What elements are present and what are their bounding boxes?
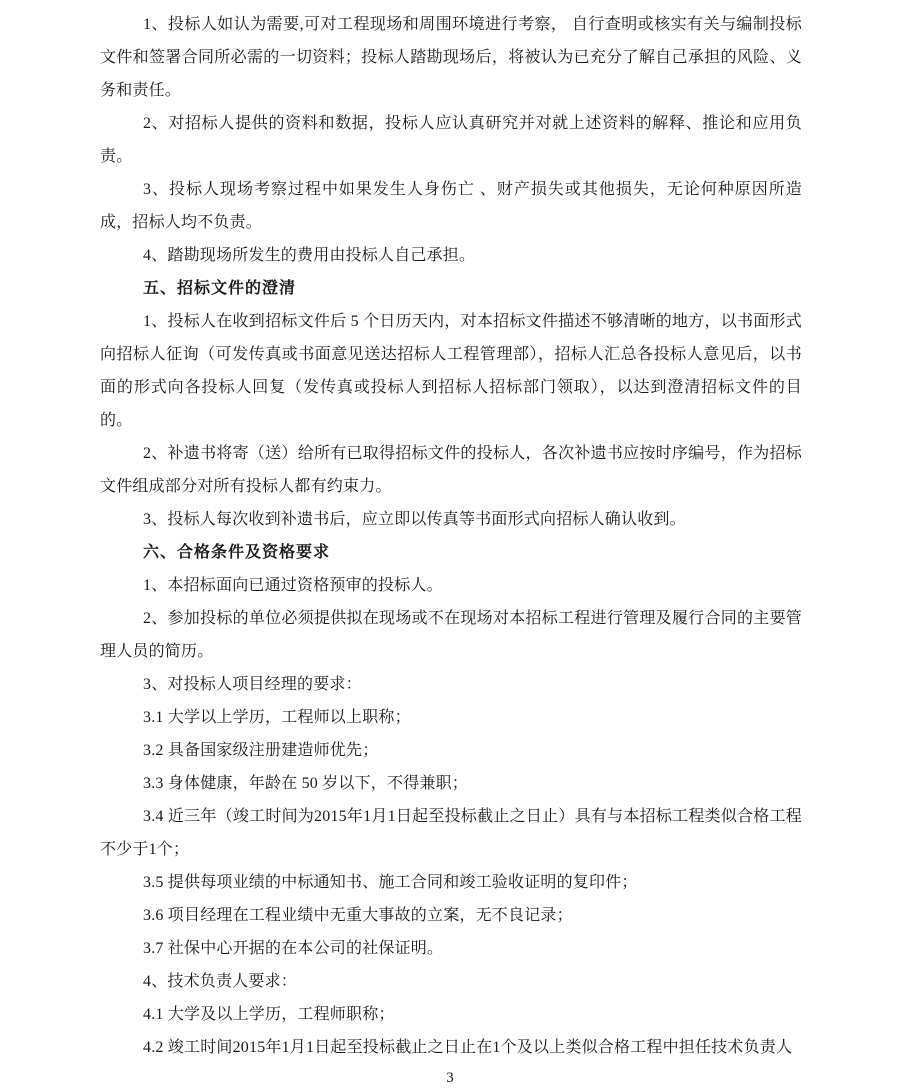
page-number: 3 [446, 1070, 454, 1086]
paragraph: 3.7 社保中心开据的在本公司的社保证明。 [100, 932, 802, 965]
paragraph: 3.3 身体健康，年龄在 50 岁以下，不得兼职； [100, 767, 802, 800]
paragraph: 3.5 提供每项业绩的中标通知书、施工合同和竣工验收证明的复印件； [100, 866, 802, 899]
paragraph: 4、踏勘现场所发生的费用由投标人自己承担。 [100, 239, 802, 272]
paragraph: 3.6 项目经理在工程业绩中无重大事故的立案，无不良记录； [100, 899, 802, 932]
paragraph: 2、补遗书将寄（送）给所有已取得招标文件的投标人，各次补遗书应按时序编号，作为招… [100, 437, 802, 503]
paragraph: 3.2 具备国家级注册建造师优先； [100, 734, 802, 767]
paragraph: 3、投标人每次收到补遗书后，应立即以传真等书面形式向招标人确认收到。 [100, 503, 802, 536]
paragraph: 1、投标人在收到招标文件后 5 个日历天内，对本招标文件描述不够清晰的地方，以书… [100, 305, 802, 437]
paragraph: 1、投标人如认为需要,可对工程现场和周围环境进行考察， 自行查明或核实有关与编制… [100, 8, 802, 107]
section-heading: 六、合格条件及资格要求 [100, 536, 802, 569]
paragraph: 2、参加投标的单位必须提供拟在现场或不在现场对本招标工程进行管理及履行合同的主要… [100, 602, 802, 668]
paragraph: 3、对投标人项目经理的要求： [100, 668, 802, 701]
page-footer: 3 [0, 1069, 900, 1087]
document-page: 1、投标人如认为需要,可对工程现场和周围环境进行考察， 自行查明或核实有关与编制… [0, 0, 900, 1091]
paragraph: 3、投标人现场考察过程中如果发生人身伤亡 、财产损失或其他损失，无论何种原因所造… [100, 173, 802, 239]
paragraph: 4.2 竣工时间2015年1月1日起至投标截止之日止在1个及以上类似合格工程中担… [100, 1031, 802, 1064]
paragraph: 4.1 大学及以上学历，工程师职称； [100, 998, 802, 1031]
paragraph: 3.4 近三年（竣工时间为2015年1月1日起至投标截止之日止）具有与本招标工程… [100, 800, 802, 866]
paragraph: 2、对招标人提供的资料和数据，投标人应认真研究并对就上述资料的解释、推论和应用负… [100, 107, 802, 173]
paragraph: 3.1 大学以上学历，工程师以上职称； [100, 701, 802, 734]
paragraph: 4、技术负责人要求： [100, 965, 802, 998]
paragraph-list: 1、投标人如认为需要,可对工程现场和周围环境进行考察， 自行查明或核实有关与编制… [100, 8, 802, 1064]
section-heading: 五、招标文件的澄清 [100, 272, 802, 305]
paragraph: 1、本招标面向已通过资格预审的投标人。 [100, 569, 802, 602]
